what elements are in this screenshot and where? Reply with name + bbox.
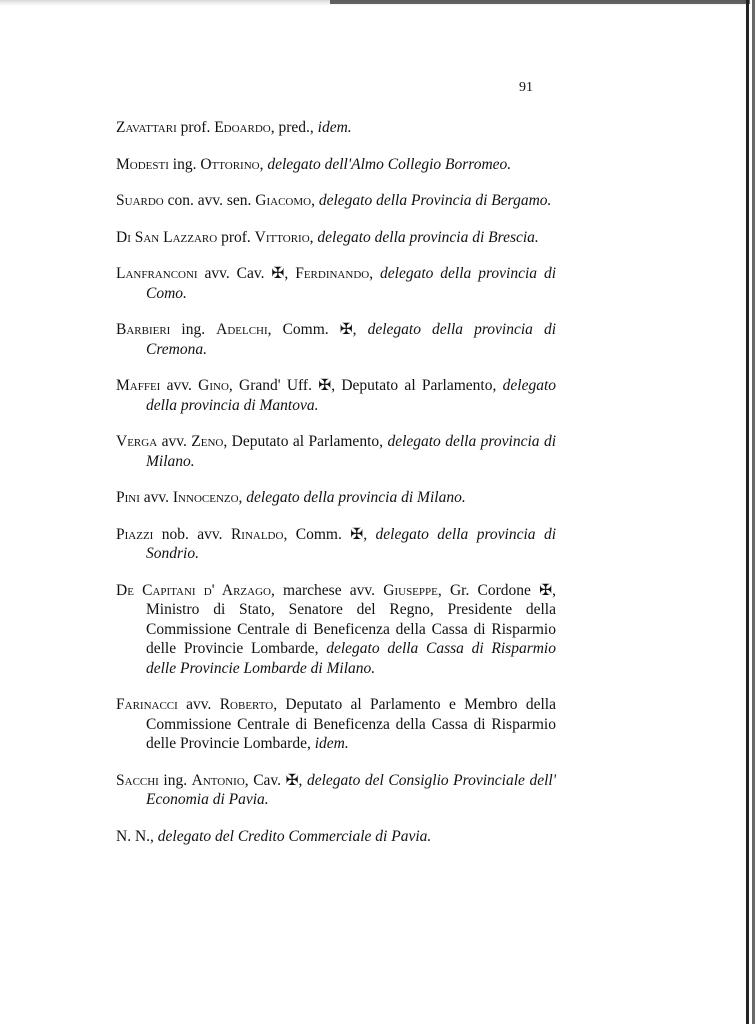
person-name: Adelchi (216, 321, 268, 338)
delegation-text: idem. (315, 735, 349, 752)
person-name: Zeno (191, 433, 223, 450)
delegate-list: Zavattari prof. Edoardo, pred., idem.Mod… (116, 118, 556, 863)
list-item: N. N., delegato del Credito Commerciale … (116, 827, 556, 847)
person-name: Vittorio (255, 229, 310, 246)
person-name: Gino (198, 377, 229, 394)
list-item: Verga avv. Zeno, Deputato al Parlamento,… (116, 432, 556, 471)
person-name: Maffei (116, 377, 160, 394)
list-item: Farinacci avv. Roberto, Deputato al Parl… (116, 695, 556, 754)
person-name: Farinacci (116, 696, 178, 713)
person-name: Roberto (220, 696, 273, 713)
entry-text: avv. (160, 377, 198, 394)
entry-text: avv. (178, 696, 220, 713)
person-name: Rinaldo (231, 526, 284, 543)
scanned-page: 91 Zavattari prof. Edoardo, pred., idem.… (0, 0, 755, 1024)
entry-text: ing. (159, 772, 192, 789)
entry-text: avv. Cav. ✠, (198, 265, 296, 282)
list-item: Modesti ing. Ottorino, delegato dell'Alm… (116, 155, 556, 175)
entry-text: , (311, 192, 319, 209)
list-item: Sacchi ing. Antonio, Cav. ✠, delegato de… (116, 771, 556, 810)
entry-text: , marchese avv. (271, 582, 383, 599)
entry-text: , (369, 265, 380, 282)
person-name: Modesti (116, 156, 169, 173)
person-name: Edoardo (214, 119, 271, 136)
list-item: Barbieri ing. Adelchi, Comm. ✠, delegato… (116, 320, 556, 359)
entry-text: ing. (169, 156, 200, 173)
person-name: Antonio (192, 772, 245, 789)
entry-text: ing. (170, 321, 216, 338)
list-item: Suardo con. avv. sen. Giacomo, delegato … (116, 191, 556, 211)
list-item: Lanfranconi avv. Cav. ✠, Ferdinando, del… (116, 264, 556, 303)
delegation-text: delegato della provincia di Milano. (246, 489, 465, 506)
delegation-text: delegato del Credito Commerciale di Pavi… (158, 828, 432, 845)
entry-text: prof. (177, 119, 214, 136)
entry-text: , pred., (271, 119, 318, 136)
person-name: Giuseppe (383, 582, 438, 599)
delegation-text: delegato dell'Almo Collegio Borromeo. (267, 156, 511, 173)
entry-text: nob. avv. (153, 526, 231, 543)
person-name: Giacomo (255, 192, 311, 209)
person-name: Pini (116, 489, 140, 506)
person-name: Ottorino (200, 156, 259, 173)
entry-text: , Comm. ✠, (268, 321, 368, 338)
person-name: Sacchi (116, 772, 159, 789)
person-name: Verga (116, 433, 157, 450)
person-name: Suardo (116, 192, 164, 209)
person-name: Di San Lazzaro (116, 229, 217, 246)
person-name: Lanfranconi (116, 265, 198, 282)
person-name: De Capitani d' Arzago (116, 582, 271, 599)
entry-text: avv. (140, 489, 173, 506)
delegation-text: idem. (318, 119, 352, 136)
person-name: Zavattari (116, 119, 177, 136)
entry-text: N. N., (116, 828, 158, 845)
entry-text: , Comm. ✠, (283, 526, 375, 543)
scan-right-edge (746, 0, 749, 1024)
list-item: De Capitani d' Arzago, marchese avv. Giu… (116, 581, 556, 679)
list-item: Di San Lazzaro prof. Vittorio, delegato … (116, 228, 556, 248)
entry-text: avv. (157, 433, 191, 450)
entry-text: prof. (217, 229, 254, 246)
person-name: Barbieri (116, 321, 170, 338)
list-item: Piazzi nob. avv. Rinaldo, Comm. ✠, deleg… (116, 525, 556, 564)
list-item: Maffei avv. Gino, Grand' Uff. ✠, Deputat… (116, 376, 556, 415)
delegation-text: delegato della provincia di Brescia. (317, 229, 538, 246)
person-name: Ferdinando (295, 265, 369, 282)
entry-text: , Cav. ✠, (245, 772, 307, 789)
person-name: Innocenzo (173, 489, 239, 506)
scan-top-edge-shadow (330, 0, 750, 4)
page-number: 91 (519, 80, 533, 96)
list-item: Pini avv. Innocenzo, delegato della prov… (116, 488, 556, 508)
list-item: Zavattari prof. Edoardo, pred., idem. (116, 118, 556, 138)
person-name: Piazzi (116, 526, 153, 543)
entry-text: , Deputato al Parlamento, (223, 433, 387, 450)
entry-text: , Grand' Uff. ✠, Deputato al Parlamento, (229, 377, 503, 394)
delegation-text: delegato della Provincia di Bergamo. (319, 192, 552, 209)
entry-text: con. avv. sen. (164, 192, 256, 209)
